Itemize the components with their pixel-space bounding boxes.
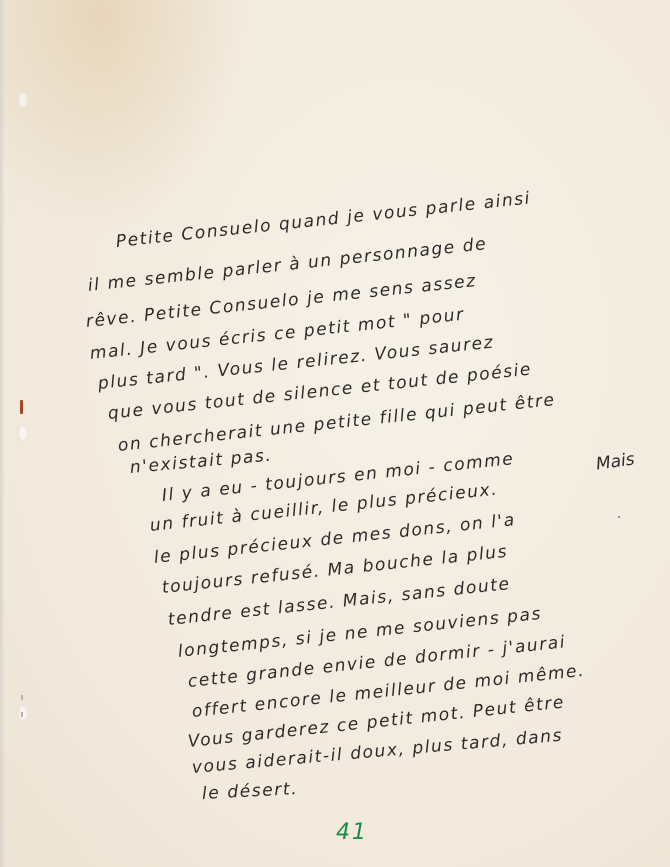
- punch-hole-middle: [18, 425, 28, 441]
- punch-hole-top: [18, 92, 28, 108]
- marginal-note: Mais: [595, 449, 636, 474]
- text-line: le désert.: [201, 779, 298, 804]
- margin-tick: [21, 712, 23, 717]
- red-margin-mark: [20, 400, 23, 414]
- page-number: 41: [336, 820, 368, 845]
- ink-speck: [618, 516, 620, 518]
- manuscript-page: Petite Consuelo quand je vous parle ains…: [0, 0, 670, 867]
- margin-tick: [21, 695, 23, 700]
- punch-hole-bottom: [18, 705, 28, 721]
- page-edge-shadow: [0, 0, 5, 867]
